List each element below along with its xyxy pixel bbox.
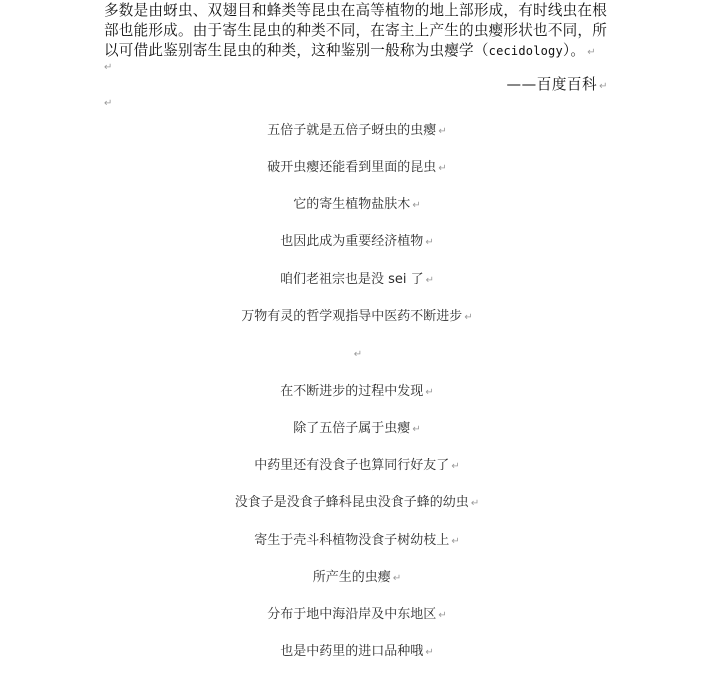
centered-line-text: 分布于地中海沿岸及中东地区 [267, 607, 436, 622]
intro-line-3: 以可借此鉴别寄生昆虫的种类，这种鉴别一般称为虫瘿学（cecidology）。↵ [104, 41, 606, 63]
paragraph-mark-icon: ↵ [354, 349, 362, 360]
centered-line-text: 寄生于壳斗科植物没食子树幼枝上 [254, 533, 449, 548]
centered-line: 咱们老祖宗也是没 sei 了↵ [0, 271, 706, 290]
paragraph-mark-icon: ↵ [464, 312, 472, 323]
centered-line-text: 万物有灵的哲学观指导中医药不断进步 [241, 309, 462, 324]
centered-line-text: 破开虫瘿还能看到里面的昆虫 [267, 160, 436, 175]
centered-line: 它的寄生植物盐肤木↵ [0, 196, 706, 215]
intro-line-3-end: ）。 [563, 42, 585, 59]
centered-line-text: 除了五倍子属于虫瘿 [293, 421, 410, 436]
centered-line-text: 咱们老祖宗也是没 sei 了 [280, 272, 424, 287]
centered-empty-line: ↵ [0, 345, 706, 364]
paragraph-mark-icon: ↵ [438, 610, 446, 621]
paragraph-mark-icon: ↵ [438, 163, 446, 174]
centered-line: 除了五倍子属于虫瘿↵ [0, 420, 706, 439]
intro-line-3-text: 以可借此鉴别寄生昆虫的种类，这种鉴别一般称为虫瘿学（ [104, 42, 489, 59]
intro-line-1-text: 多数是由蚜虫、双翅目和蜂类等昆虫在高等植物的地上部形成，有时线虫在根 [104, 2, 607, 19]
paragraph-mark-icon: ↵ [587, 47, 596, 58]
paragraph-mark-icon: ↵ [438, 126, 446, 137]
centered-line: 万物有灵的哲学观指导中医药不断进步↵ [0, 308, 706, 327]
intro-line-1: 多数是由蚜虫、双翅目和蜂类等昆虫在高等植物的地上部形成，有时线虫在根 [104, 1, 606, 21]
centered-line-text: 五倍子就是五倍子蚜虫的虫瘿 [267, 123, 436, 138]
source-text: ——百度百科 [507, 76, 598, 93]
centered-line-text: 没食子是没食子蜂科昆虫没食子蜂的幼虫 [235, 495, 469, 510]
centered-line: 在不断进步的过程中发现↵ [0, 383, 706, 402]
centered-line: 所产生的虫瘿↵ [0, 569, 706, 588]
centered-line-text: 它的寄生植物盐肤木 [293, 197, 410, 212]
centered-line: 寄生于壳斗科植物没食子树幼枝上↵ [0, 532, 706, 551]
paragraph-mark-icon: ↵ [393, 573, 401, 584]
paragraph-mark-icon: ↵ [425, 387, 433, 398]
document-page: 多数是由蚜虫、双翅目和蜂类等昆虫在高等植物的地上部形成，有时线虫在根 部也能形成… [0, 0, 706, 675]
paragraph-mark-icon: ↵ [412, 200, 420, 211]
paragraph-mark-icon: ↵ [451, 461, 459, 472]
empty-paragraph-mark-icon: ↵ [104, 62, 112, 74]
centered-line: 也是中药里的进口品种哦↵ [0, 643, 706, 662]
paragraph-mark-icon: ↵ [451, 536, 459, 547]
centered-line-text: 也是中药里的进口品种哦 [280, 644, 423, 659]
paragraph-mark-icon: ↵ [425, 237, 433, 248]
centered-line: 五倍子就是五倍子蚜虫的虫瘿↵ [0, 122, 706, 141]
paragraph-mark-icon: ↵ [471, 498, 479, 509]
paragraph-mark-icon: ↵ [599, 81, 608, 92]
paragraph-mark-icon: ↵ [425, 647, 433, 658]
intro-paragraph: 多数是由蚜虫、双翅目和蜂类等昆虫在高等植物的地上部形成，有时线虫在根 部也能形成… [104, 1, 606, 63]
centered-line: 破开虫瘿还能看到里面的昆虫↵ [0, 159, 706, 178]
paragraph-mark-icon: ↵ [412, 424, 420, 435]
centered-line: 分布于地中海沿岸及中东地区↵ [0, 606, 706, 625]
centered-line-text: 所产生的虫瘿 [313, 570, 391, 585]
centered-line-text: 中药里还有没食子也算同行好友了 [254, 458, 449, 473]
empty-paragraph-mark-icon: ↵ [104, 98, 112, 110]
source-attribution: ——百度百科↵ [507, 75, 608, 97]
centered-line-text: 也因此成为重要经济植物 [280, 234, 423, 249]
paragraph-mark-icon: ↵ [426, 275, 434, 286]
intro-line-2: 部也能形成。由于寄生昆虫的种类不同，在寄主上产生的虫瘿形状也不同，所 [104, 21, 606, 41]
centered-line: 没食子是没食子蜂科昆虫没食子蜂的幼虫↵ [0, 494, 706, 513]
centered-line-text: 在不断进步的过程中发现 [280, 384, 423, 399]
latin-term: cecidology [489, 44, 563, 58]
centered-line: 也因此成为重要经济植物↵ [0, 233, 706, 252]
centered-line: 中药里还有没食子也算同行好友了↵ [0, 457, 706, 476]
intro-line-2-text: 部也能形成。由于寄生昆虫的种类不同，在寄主上产生的虫瘿形状也不同，所 [104, 22, 607, 39]
